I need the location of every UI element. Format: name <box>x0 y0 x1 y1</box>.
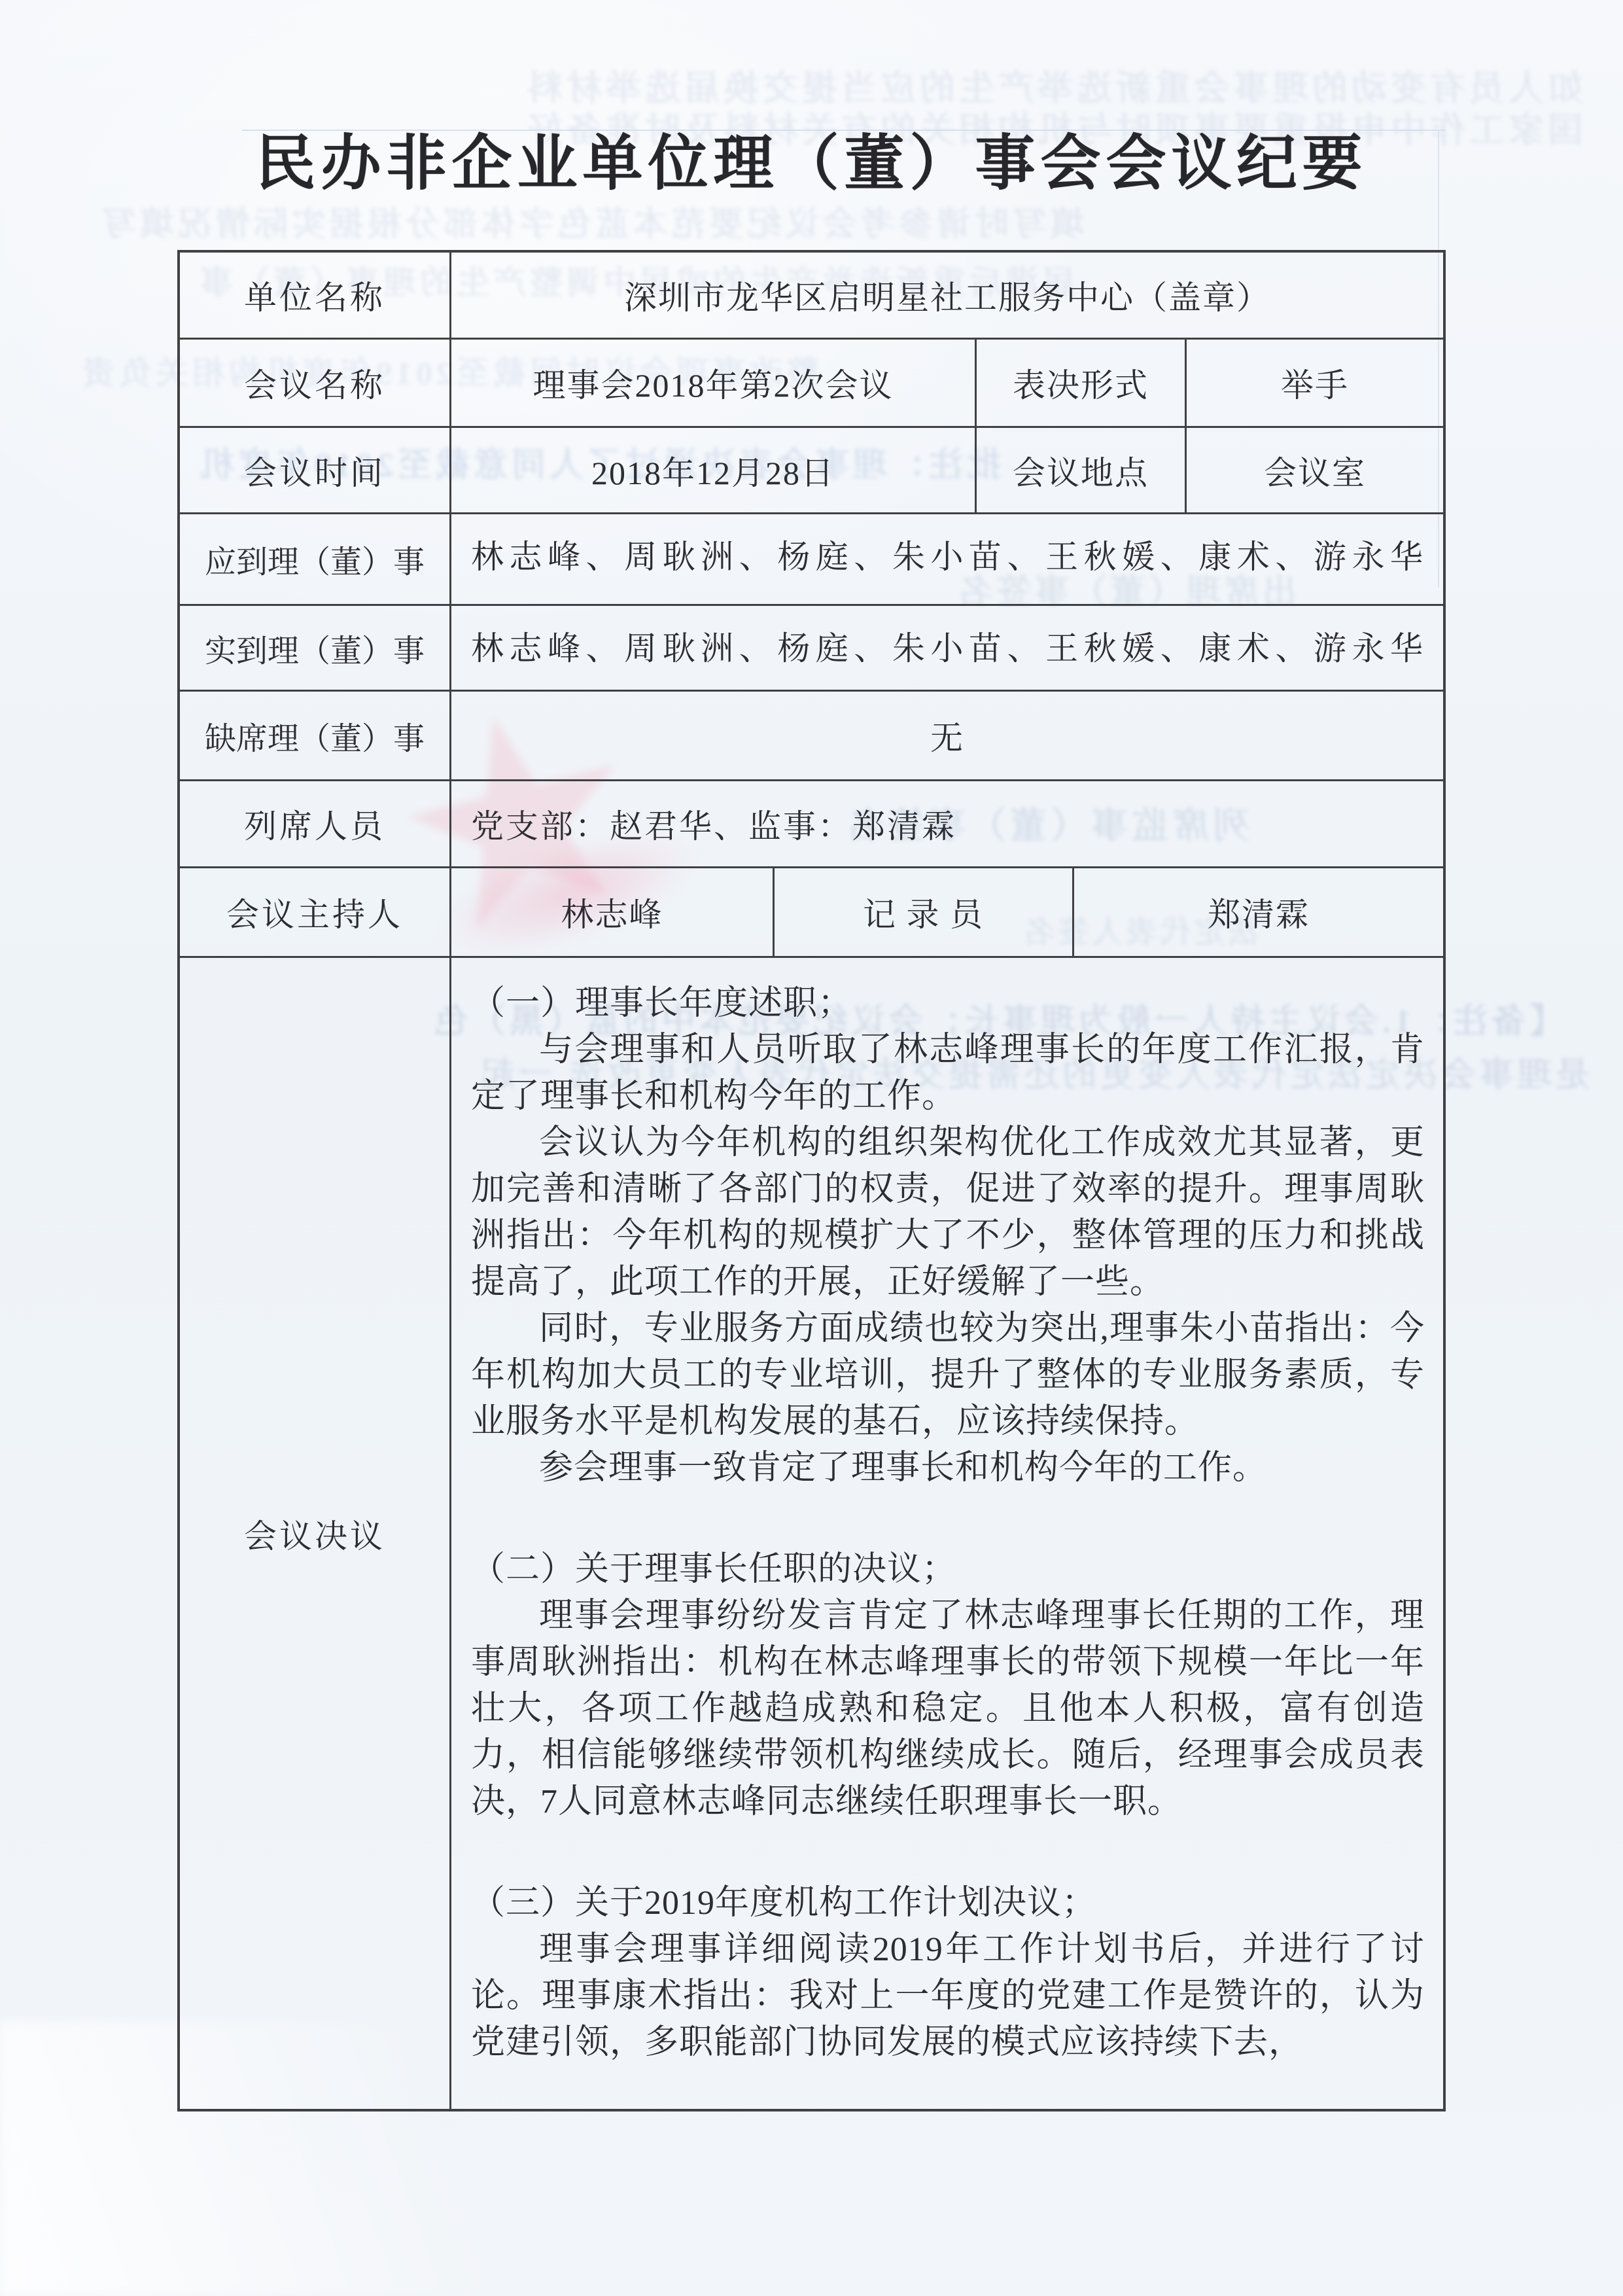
meeting-name-value: 理事会2018年第2次会议 <box>451 340 977 426</box>
table-row-absent-directors: 缺席理（董）事 无 <box>180 692 1443 781</box>
table-row-unit-name: 单位名称 深圳市龙华区启明星社工服务中心（盖章） <box>180 253 1443 340</box>
absent-directors-label: 缺席理（董）事 <box>180 692 451 779</box>
meeting-time-label: 会议时间 <box>180 428 451 512</box>
page-title: 民办非企业单位理（董）事会会议纪要 <box>0 115 1623 202</box>
attendees-value: 党支部：赵君华、监事：郑清霖 <box>451 781 1443 866</box>
resolution-paragraph: 理事会理事详细阅读2019年工作计划书后，并进行了讨论。理事康术指出：我对上一年… <box>471 1926 1425 2066</box>
bleed-through-texture: 如人员有变动的理事会重新选举产生的应当提交换届选举材料 <box>458 60 1583 111</box>
resolution-label: 会议决议 <box>180 958 451 2109</box>
bleed-through-texture: 填写时请参考会议纪要范本蓝色字体部分根据实际情况填写 <box>98 196 1085 245</box>
vote-form-label: 表决形式 <box>977 340 1187 426</box>
meeting-host-label: 会议主持人 <box>180 868 451 956</box>
unit-name-value: 深圳市龙华区启明星社工服务中心（盖章） <box>451 253 1443 338</box>
expected-directors-value: 林志峰、周耿洲、杨庭、朱小苗、王秋媛、康术、游永华 <box>451 514 1443 604</box>
resolution-paragraph: 与会理事和人员听取了林志峰理事长的年度工作汇报，肯定了理事长和机构今年的工作。 <box>471 1027 1425 1120</box>
meeting-place-value: 会议室 <box>1187 428 1443 512</box>
meeting-place-label: 会议地点 <box>977 428 1187 512</box>
resolution-paragraph: 理事会理事纷纷发言肯定了林志峰理事长任期的工作，理事周耿洲指出：机构在林志峰理事… <box>471 1593 1425 1825</box>
table-row-present-directors: 实到理（董）事 林志峰、周耿洲、杨庭、朱小苗、王秋媛、康术、游永华 <box>180 606 1443 692</box>
meeting-name-label: 会议名称 <box>180 340 451 426</box>
present-directors-label: 实到理（董）事 <box>180 606 451 690</box>
table-row-host-recorder: 会议主持人 林志峰 记 录 员 郑清霖 <box>180 868 1443 958</box>
present-directors-value: 林志峰、周耿洲、杨庭、朱小苗、王秋媛、康术、游永华 <box>451 606 1443 690</box>
table-row-attendees: 列席人员 党支部：赵君华、监事：郑清霖 <box>180 781 1443 868</box>
meeting-time-value: 2018年12月28日 <box>451 428 977 512</box>
resolution-body: （一）理事长年度述职； 与会理事和人员听取了林志峰理事长的年度工作汇报，肯定了理… <box>451 958 1443 2109</box>
recorder-value: 郑清霖 <box>1074 868 1443 956</box>
resolution-paragraph: 参会理事一致肯定了理事长和机构今年的工作。 <box>471 1445 1425 1491</box>
resolution-section-2-heading: （二）关于理事长任职的决议； <box>471 1546 1425 1593</box>
resolution-paragraph: 同时，专业服务方面成绩也较为突出,理事朱小苗指出：今年机构加大员工的专业培训，提… <box>471 1305 1425 1445</box>
absent-directors-value: 无 <box>451 692 1443 779</box>
unit-name-label: 单位名称 <box>180 253 451 338</box>
resolution-paragraph: 会议认为今年机构的组织架构优化工作成效尤其显著，更加完善和清晰了各部门的权责，促… <box>471 1120 1425 1305</box>
attendees-label: 列席人员 <box>180 781 451 866</box>
table-row-resolution: 会议决议 （一）理事长年度述职； 与会理事和人员听取了林志峰理事长的年度工作汇报… <box>180 958 1443 2109</box>
recorder-label: 记 录 员 <box>775 868 1074 956</box>
table-row-meeting-time: 会议时间 2018年12月28日 会议地点 会议室 <box>180 428 1443 514</box>
resolution-section-1-heading: （一）理事长年度述职； <box>471 980 1425 1027</box>
meeting-host-value: 林志峰 <box>451 868 775 956</box>
meeting-minutes-table: 单位名称 深圳市龙华区启明星社工服务中心（盖章） 会议名称 理事会2018年第2… <box>177 250 1446 2111</box>
expected-directors-label: 应到理（董）事 <box>180 514 451 604</box>
vote-form-value: 举手 <box>1187 340 1443 426</box>
resolution-section-3-heading: （三）关于2019年度机构工作计划决议； <box>471 1880 1425 1926</box>
table-row-expected-directors: 应到理（董）事 林志峰、周耿洲、杨庭、朱小苗、王秋媛、康术、游永华 <box>180 514 1443 606</box>
table-row-meeting-name: 会议名称 理事会2018年第2次会议 表决形式 举手 <box>180 340 1443 428</box>
